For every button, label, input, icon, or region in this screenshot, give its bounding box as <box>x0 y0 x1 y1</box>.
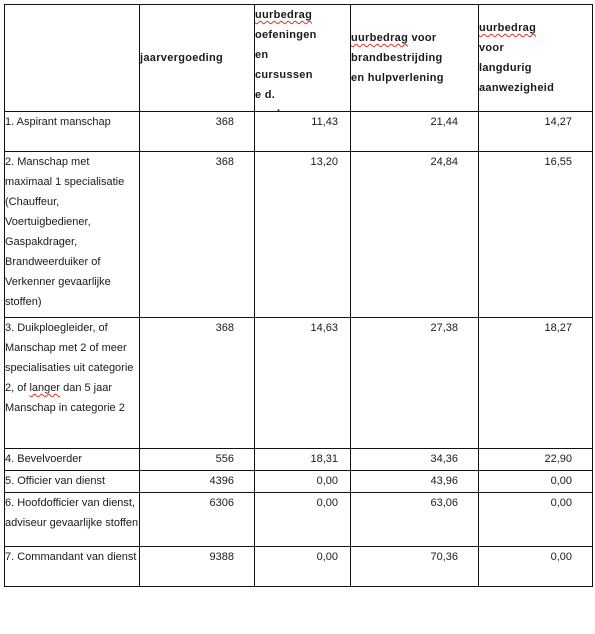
jaarvergoeding-cell: 556 <box>140 449 255 471</box>
header-uurbedrag-brandbestrijding: uurbedrag voor brandbestrijding en hulpv… <box>351 5 479 112</box>
category-cell: 1. Aspirant manschap <box>5 112 140 152</box>
category-cell: 2. Manschap met maximaal 1 specialisatie… <box>5 152 140 318</box>
category-cell: 7. Commandant van dienst <box>5 547 140 587</box>
brandbestrijding-cell: 24,84 <box>351 152 479 318</box>
header-line: oefeningen <box>255 29 317 41</box>
header-line: cursussen <box>255 69 313 81</box>
brandbestrijding-cell: 63,06 <box>351 493 479 547</box>
header-line: e d. <box>255 89 275 101</box>
spellcheck-word: uurbedrag <box>479 22 536 34</box>
header-line: voor <box>408 32 436 44</box>
oefeningen-cell: 0,00 <box>255 493 351 547</box>
table-row: 2. Manschap met maximaal 1 specialisatie… <box>5 152 593 318</box>
oefeningen-cell: 18,31 <box>255 449 351 471</box>
table-row: 6. Hoofdofficier van dienst, adviseur ge… <box>5 493 593 547</box>
langdurig-cell: 0,00 <box>479 471 593 493</box>
header-line: brandbestrijding <box>351 52 443 64</box>
oefeningen-cell: 11,43 <box>255 112 351 152</box>
langdurig-cell: 22,90 <box>479 449 593 471</box>
brandbestrijding-cell: 70,36 <box>351 547 479 587</box>
langdurig-cell: 0,00 <box>479 493 593 547</box>
langdurig-cell: 0,00 <box>479 547 593 587</box>
table-row: 5. Officier van dienst 4396 0,00 43,96 0… <box>5 471 593 493</box>
brandbestrijding-cell: 34,36 <box>351 449 479 471</box>
category-cell: 3. Duikploegleider, of Manschap met 2 of… <box>5 318 140 449</box>
spellcheck-word: uurbedrag <box>351 32 408 44</box>
category-cell: 5. Officier van dienst <box>5 471 140 493</box>
header-line: langdurig <box>479 62 532 74</box>
table-row: 7. Commandant van dienst 9388 0,00 70,36… <box>5 547 593 587</box>
header-line: voor <box>479 42 504 54</box>
oefeningen-cell: 0,00 <box>255 471 351 493</box>
oefeningen-cell: 14,63 <box>255 318 351 449</box>
spellcheck-word: uurbedrag <box>255 9 312 21</box>
brandbestrijding-cell: 21,44 <box>351 112 479 152</box>
langdurig-cell: 14,27 <box>479 112 593 152</box>
jaarvergoeding-cell: 368 <box>140 152 255 318</box>
header-row: jaarvergoeding uurbedrag oefeningen en c… <box>5 5 593 112</box>
table-row: 1. Aspirant manschap 368 11,43 21,44 14,… <box>5 112 593 152</box>
header-corner-cell <box>5 5 140 112</box>
jaarvergoeding-cell: 368 <box>140 318 255 449</box>
header-uurbedrag-oefeningen: uurbedrag oefeningen en cursussen e d. . <box>255 5 351 112</box>
header-jaarvergoeding: jaarvergoeding <box>140 5 255 112</box>
langdurig-cell: 16,55 <box>479 152 593 318</box>
header-stray-dot: . <box>255 105 350 111</box>
jaarvergoeding-cell: 6306 <box>140 493 255 547</box>
category-cell: 4. Bevelvoerder <box>5 449 140 471</box>
brandbestrijding-cell: 27,38 <box>351 318 479 449</box>
category-cell: 6. Hoofdofficier van dienst, adviseur ge… <box>5 493 140 547</box>
oefeningen-cell: 13,20 <box>255 152 351 318</box>
oefeningen-cell: 0,00 <box>255 547 351 587</box>
table-row: 4. Bevelvoerder 556 18,31 34,36 22,90 <box>5 449 593 471</box>
langdurig-cell: 18,27 <box>479 318 593 449</box>
jaarvergoeding-cell: 4396 <box>140 471 255 493</box>
compensation-table: jaarvergoeding uurbedrag oefeningen en c… <box>4 4 593 587</box>
jaarvergoeding-cell: 9388 <box>140 547 255 587</box>
brandbestrijding-cell: 43,96 <box>351 471 479 493</box>
header-line: en <box>255 49 268 61</box>
spellcheck-word: langer <box>29 382 60 394</box>
header-line: aanwezigheid <box>479 82 554 94</box>
table-row: 3. Duikploegleider, of Manschap met 2 of… <box>5 318 593 449</box>
header-line: en hulpverlening <box>351 72 444 84</box>
header-uurbedrag-langdurig: uurbedrag voor langdurig aanwezigheid <box>479 5 593 112</box>
jaarvergoeding-cell: 368 <box>140 112 255 152</box>
